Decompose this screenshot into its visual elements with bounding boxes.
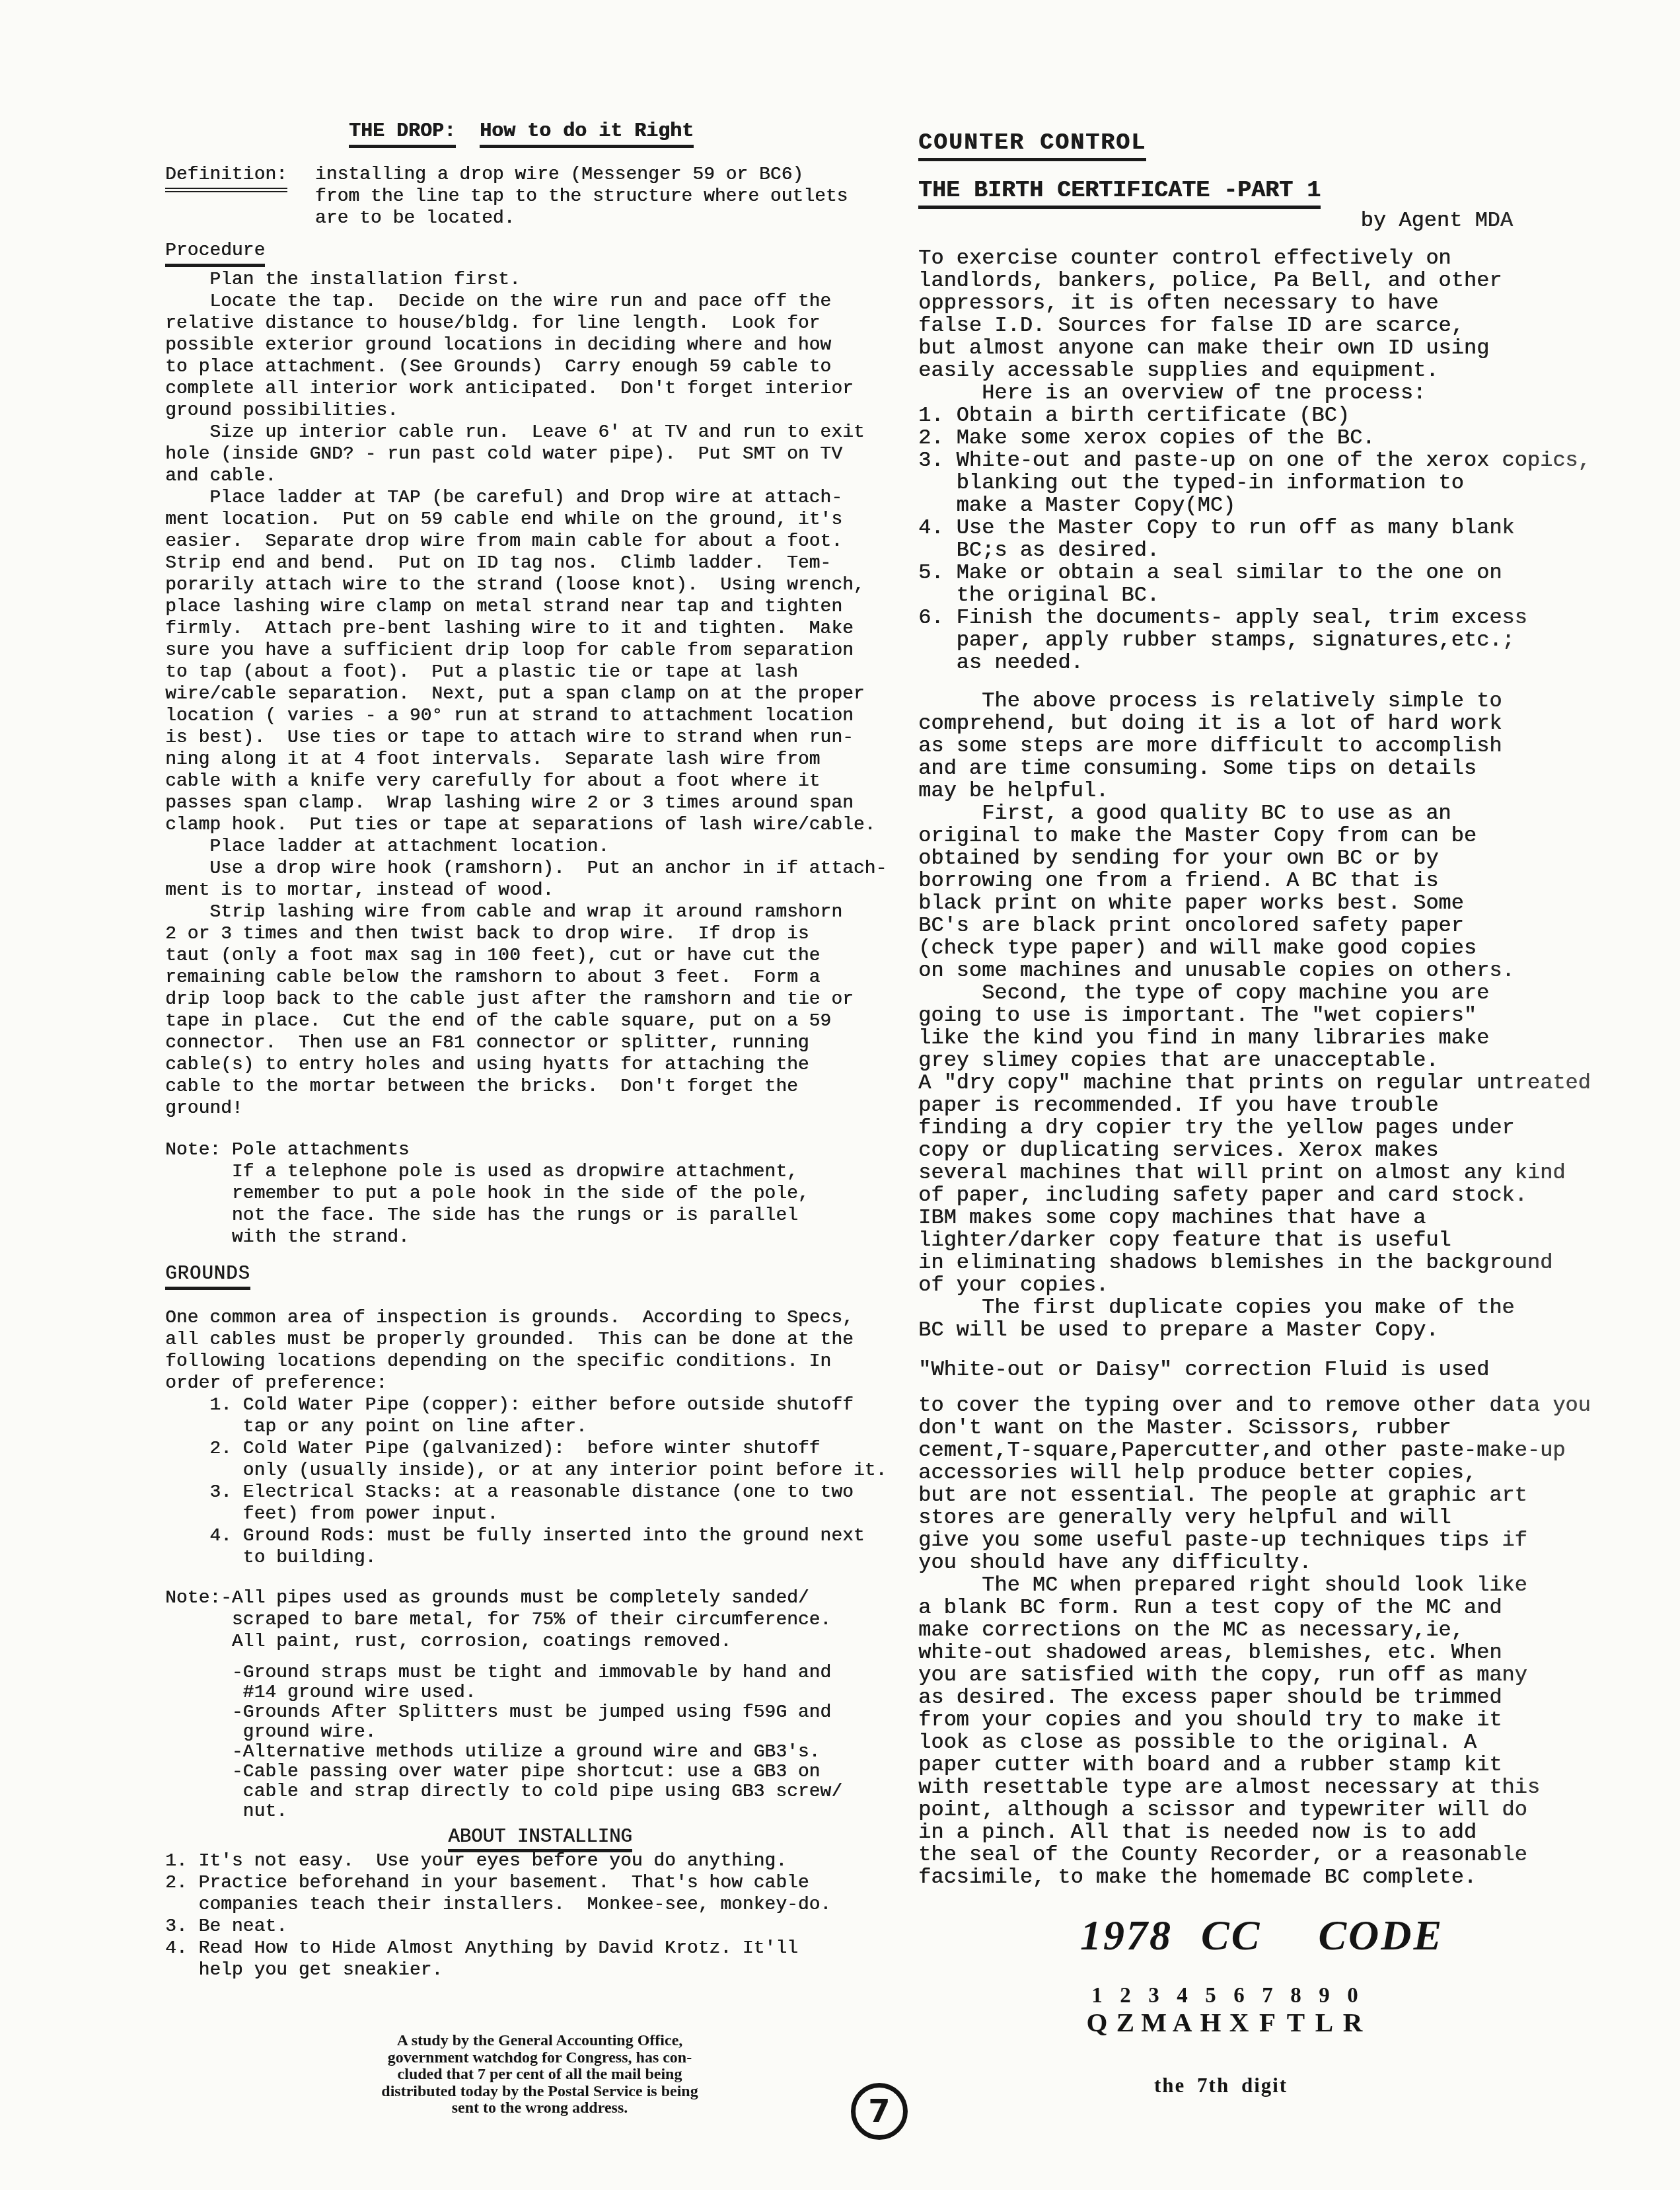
cc-letter: L bbox=[1310, 2008, 1338, 2037]
definition-text: installing a drop wire (Messenger 59 or … bbox=[315, 164, 848, 229]
birth-certificate-title: THE BIRTH CERTIFICATE -PART 1 bbox=[918, 177, 1321, 209]
cc-digit: 1 bbox=[1083, 1984, 1111, 2008]
drop-heading-part1: THE DROP: bbox=[349, 120, 456, 148]
cc-letter: T bbox=[1282, 2008, 1310, 2037]
tips-paragraphs: The above process is relatively simple t… bbox=[918, 690, 1678, 1341]
cc-letter: Z bbox=[1111, 2008, 1140, 2037]
cc-digit: 0 bbox=[1338, 1984, 1367, 2008]
cc-digit: 9 bbox=[1310, 1984, 1338, 2008]
cc-digit: 8 bbox=[1282, 1984, 1310, 2008]
grounds-body: One common area of inspection is grounds… bbox=[165, 1307, 915, 1569]
cc-letter: X bbox=[1225, 2008, 1253, 2037]
article-counter-control: COUNTER CONTROL THE BIRTH CERTIFICATE -P… bbox=[918, 130, 1678, 2097]
ground-notes-list: -Ground straps must be tight and immovab… bbox=[165, 1663, 915, 1822]
cc-digit: 4 bbox=[1168, 1984, 1196, 2008]
procedure-body: Plan the installation first. Locate the … bbox=[165, 269, 915, 1119]
cc-digit: 6 bbox=[1225, 1984, 1253, 2008]
cc-digits-row: 1 2 3 4 5 6 7 8 9 0 bbox=[1083, 1984, 1424, 2008]
page-number: 7 bbox=[868, 2093, 890, 2130]
definition-label: Definition: bbox=[165, 164, 287, 192]
procedure-label: Procedure bbox=[165, 240, 265, 267]
cc-digit: 7 bbox=[1253, 1984, 1282, 2008]
process-steps-list: 1. Obtain a birth certificate (BC) 2. Ma… bbox=[918, 404, 1678, 674]
paste-up-paragraphs: to cover the typing over and to remove o… bbox=[918, 1394, 1678, 1889]
grounds-heading: GROUNDS bbox=[165, 1263, 250, 1290]
article-the-drop: THE DROP: How to do it Right Definition:… bbox=[165, 120, 915, 1981]
cc-digit: 3 bbox=[1140, 1984, 1168, 2008]
gao-mail-clipping: A study by the General Accounting Office… bbox=[338, 2033, 741, 2117]
cc-code-block: 1978 CC CODE 1 2 3 4 5 6 7 8 9 0 Q Z bbox=[1080, 1911, 1424, 2097]
cc-code-table: 1 2 3 4 5 6 7 8 9 0 Q Z M A H X bbox=[1083, 1984, 1424, 2037]
cc-letter: A bbox=[1168, 2008, 1196, 2037]
cc-digit: 5 bbox=[1196, 1984, 1225, 2008]
cc-letter: R bbox=[1338, 2008, 1367, 2037]
drop-article-heading: THE DROP: How to do it Right bbox=[349, 120, 915, 143]
cc-digit: 2 bbox=[1111, 1984, 1140, 2008]
cc-letters-row: Q Z M A H X F T L R bbox=[1083, 2008, 1424, 2037]
heading-gap bbox=[456, 120, 480, 143]
about-installing-list: 1. It's not easy. Use your eyes before y… bbox=[165, 1850, 915, 1981]
cc-letter: H bbox=[1196, 2008, 1225, 2037]
scanned-zine-page: THE DROP: How to do it Right Definition:… bbox=[0, 0, 1680, 2190]
about-installing-heading-text: ABOUT INSTALLING bbox=[448, 1826, 632, 1852]
cc-letter: F bbox=[1253, 2008, 1282, 2037]
whiteout-line: "White-out or Daisy" correction Fluid is… bbox=[918, 1359, 1678, 1381]
intro-paragraph: To exercise counter control effectively … bbox=[918, 247, 1678, 404]
definition-row: Definition: installing a drop wire (Mess… bbox=[165, 164, 915, 229]
note-pole-attachments: Note: Pole attachments If a telephone po… bbox=[165, 1139, 915, 1248]
cc-letter: Q bbox=[1083, 2008, 1111, 2037]
counter-control-kicker: COUNTER CONTROL bbox=[918, 130, 1146, 161]
cc-letter: M bbox=[1140, 2008, 1168, 2037]
cc-code-caption: the 7th digit bbox=[1154, 2074, 1424, 2097]
note-pipes: Note:-All pipes used as grounds must be … bbox=[165, 1587, 915, 1653]
page-number-circle: 7 bbox=[851, 2083, 908, 2140]
about-installing-heading: ABOUT INSTALLING bbox=[165, 1826, 915, 1848]
drop-heading-part2: How to do it Right bbox=[480, 120, 694, 148]
byline: by Agent MDA bbox=[918, 209, 1678, 233]
cc-code-title: 1978 CC CODE bbox=[1080, 1911, 1424, 1960]
